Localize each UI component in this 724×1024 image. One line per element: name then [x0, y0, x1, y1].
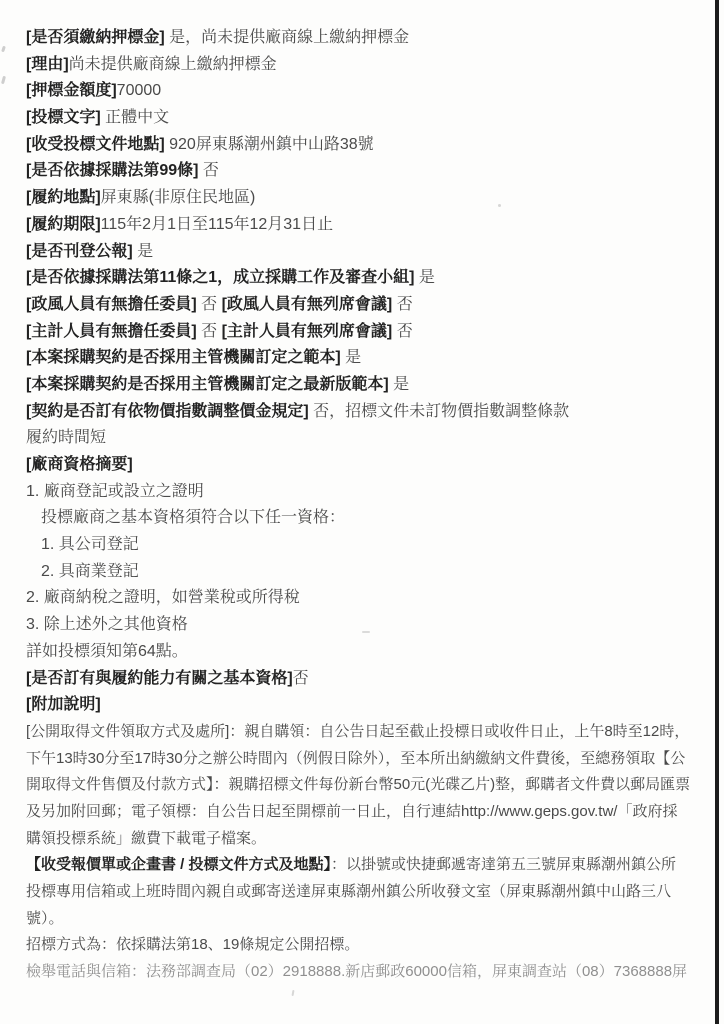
field-value: 3. 除上述外之其他資格: [26, 616, 188, 633]
scan-artifact: [362, 631, 370, 633]
field-label: [履約期限]: [26, 216, 101, 233]
field-value: [公開取得文件領取方式及處所]：親自購領：自公告日起至截止投標日或收件日止，上午…: [26, 723, 689, 740]
field-value: 否: [198, 162, 218, 179]
line-qual-item-1: 1. 廠商登記或設立之證明: [26, 479, 710, 506]
field-label: [押標金額度]: [26, 82, 117, 99]
field-value: 購領投標系統」繳費下載電子檔案。: [26, 830, 266, 847]
field-label: [是否依據採購法第11條之1，成立採購工作及審查小組]: [26, 269, 414, 286]
line-submission-2: 投標專用信箱或上班時間內親自或郵寄送達屏東縣潮州鎮公所收發文室（屏東縣潮州鎮中山…: [26, 879, 710, 906]
field-value: 開取得文件售價及付款方式】：親購招標文件每份新台幣50元(光碟乙片)整，郵購者文…: [26, 776, 690, 793]
line-capability-qualification: [是否訂有與履約能力有關之基本資格]否: [26, 666, 710, 693]
line-doc-pickup-5: 購領投標系統」繳費下載電子檔案。: [26, 826, 710, 853]
line-doc-pickup-4: 及另加附回郵；電子領標：自公告日起至開標前一日止，自行連結http://www.…: [26, 799, 710, 826]
field-label: [政風人員有無列席會議]: [222, 296, 393, 313]
line-accounting-officer: [主計人員有無擔任委員] 否 [主計人員有無列席會議] 否: [26, 319, 710, 346]
line-qual-basic-note: 投標廠商之基本資格須符合以下任一資格：: [26, 505, 710, 532]
scan-artifact: [291, 990, 294, 996]
field-label: [投標文字]: [26, 109, 101, 126]
line-doc-pickup-2: 下午13時30分至17時30分之辦公時間內（例假日除外），至本所出納繳納文件費後…: [26, 746, 710, 773]
field-value: 招標方式為：依採購法第18、19條規定公開招標。: [26, 936, 359, 953]
field-label: 【收受報價單或企畫書 / 投標文件方式及地點】: [26, 856, 331, 873]
field-value: 下午13時30分至17時30分之辦公時間內（例假日除外），至本所出納繳納文件費後…: [26, 750, 685, 767]
line-gazette: [是否刊登公報] 是: [26, 239, 710, 266]
line-additional-notes-header: [附加說明]: [26, 692, 710, 719]
scan-artifact: [498, 204, 501, 207]
field-value: 是: [414, 269, 434, 286]
line-qual-item-3: 3. 除上述外之其他資格: [26, 612, 710, 639]
line-report-hotline: 檢舉電話與信箱：法務部調查局（02）2918888.新店郵政60000信箱，屏東…: [26, 959, 710, 986]
line-tender-method: 招標方式為：依採購法第18、19條規定公開招標。: [26, 932, 710, 959]
field-label: [本案採購契約是否採用主管機關訂定之範本]: [26, 349, 341, 366]
field-value: 否: [392, 296, 412, 313]
field-value: 正體中文: [101, 109, 169, 126]
field-value: 及另加附回郵；電子領標：自公告日起至開標前一日止，自行連結http://www.…: [26, 803, 677, 820]
line-bid-address: [收受投標文件地點] 920屏東縣潮州鎮中山路38號: [26, 132, 710, 159]
field-label: [收受投標文件地點]: [26, 136, 165, 153]
field-value: 投標專用信箱或上班時間內親自或郵寄送達屏東縣潮州鎮公所收發文室（屏東縣潮州鎮中山…: [26, 883, 671, 900]
field-label: [履約地點]: [26, 189, 101, 206]
line-price-index-adjustment: [契約是否訂有依物價指數調整價金規定] 否，招標文件未訂物價指數調整條款: [26, 399, 710, 426]
document-body: [是否須繳納押標金] 是，尚未提供廠商線上繳納押標金 [理由]尚未提供廠商線上繳…: [26, 25, 710, 986]
field-value: 1. 廠商登記或設立之證明: [26, 483, 204, 500]
field-value: 否: [392, 323, 412, 340]
field-value: 2. 廠商納稅之證明，如營業稅或所得稅: [26, 589, 300, 606]
line-contract-template: [本案採購契約是否採用主管機關訂定之範本] 是: [26, 345, 710, 372]
scanner-edge-line: [715, 0, 719, 1024]
field-value: 是: [341, 349, 361, 366]
field-value: 詳如投標須知第64點。: [26, 643, 188, 660]
field-label: [政風人員有無擔任委員]: [26, 296, 197, 313]
field-value: 投標廠商之基本資格須符合以下任一資格：: [41, 509, 345, 526]
field-label: [附加說明]: [26, 696, 101, 713]
field-label: [是否須繳納押標金]: [26, 29, 165, 46]
field-value: ：以掛號或快捷郵遞寄達第五三號屏東縣潮州鎮公所: [331, 856, 676, 873]
line-contract-template-latest: [本案採購契約是否採用主管機關訂定之最新版範本] 是: [26, 372, 710, 399]
field-value: 尚未提供廠商線上繳納押標金: [69, 56, 277, 73]
field-label: [是否訂有與履約能力有關之基本資格]: [26, 670, 293, 687]
field-value: 屏東縣(非原住民地區): [101, 189, 256, 206]
scanned-document-page: [是否須繳納押標金] 是，尚未提供廠商線上繳納押標金 [理由]尚未提供廠商線上繳…: [0, 0, 724, 1024]
field-label: [是否刊登公報]: [26, 243, 133, 260]
line-qual-item-2: 2. 廠商納稅之證明，如營業稅或所得稅: [26, 585, 710, 612]
field-value: 否: [293, 670, 309, 687]
field-value: 否: [197, 296, 222, 313]
line-vendor-qualification-header: [廠商資格摘要]: [26, 452, 710, 479]
line-short-duration-note: 履約時間短: [26, 425, 710, 452]
field-value: 920屏東縣潮州鎮中山路38號: [165, 136, 374, 153]
line-article-99: [是否依據採購法第99條] 否: [26, 158, 710, 185]
field-value: 115年2月1日至115年12月31日止: [101, 216, 333, 233]
field-value: 是，尚未提供廠商線上繳納押標金: [165, 29, 409, 46]
field-label: [本案採購契約是否採用主管機關訂定之最新版範本]: [26, 376, 389, 393]
field-value: 2. 具商業登記: [41, 563, 139, 580]
field-label: [是否依據採購法第99條]: [26, 162, 198, 179]
line-submission-1: 【收受報價單或企畫書 / 投標文件方式及地點】：以掛號或快捷郵遞寄達第五三號屏東…: [26, 852, 710, 879]
line-qual-sub-2: 2. 具商業登記: [26, 559, 710, 586]
field-value: 1. 具公司登記: [41, 536, 139, 553]
line-reason: [理由]尚未提供廠商線上繳納押標金: [26, 52, 710, 79]
field-label: [主計人員有無擔任委員]: [26, 323, 197, 340]
line-article-11-1: [是否依據採購法第11條之1，成立採購工作及審查小組] 是: [26, 265, 710, 292]
line-see-point-64: 詳如投標須知第64點。: [26, 639, 710, 666]
line-doc-pickup-3: 開取得文件售價及付款方式】：親購招標文件每份新台幣50元(光碟乙片)整，郵購者文…: [26, 772, 710, 799]
line-qual-sub-1: 1. 具公司登記: [26, 532, 710, 559]
scan-artifact: [1, 46, 6, 53]
field-label: [理由]: [26, 56, 69, 73]
line-ethics-officer: [政風人員有無擔任委員] 否 [政風人員有無列席會議] 否: [26, 292, 710, 319]
scan-artifact: [1, 76, 6, 85]
field-label: [廠商資格摘要]: [26, 456, 133, 473]
field-value: 否，招標文件未訂物價指數調整條款: [309, 403, 569, 420]
line-performance-period: [履約期限]115年2月1日至115年12月31日止: [26, 212, 710, 239]
field-value: 是: [133, 243, 153, 260]
line-submission-3: 號）。: [26, 906, 710, 933]
line-performance-location: [履約地點]屏東縣(非原住民地區): [26, 185, 710, 212]
field-value: 檢舉電話與信箱：法務部調查局（02）2918888.新店郵政60000信箱，屏東…: [26, 963, 687, 980]
field-label: [契約是否訂有依物價指數調整價金規定]: [26, 403, 309, 420]
field-label: [主計人員有無列席會議]: [222, 323, 393, 340]
field-value: 70000: [117, 82, 162, 99]
line-bond-amount: [押標金額度]70000: [26, 78, 710, 105]
field-value: 號）。: [26, 910, 64, 927]
field-value: 是: [389, 376, 409, 393]
line-bond-required: [是否須繳納押標金] 是，尚未提供廠商線上繳納押標金: [26, 25, 710, 52]
line-bid-language: [投標文字] 正體中文: [26, 105, 710, 132]
line-doc-pickup-1: [公開取得文件領取方式及處所]：親自購領：自公告日起至截止投標日或收件日止，上午…: [26, 719, 710, 746]
field-value: 履約時間短: [26, 429, 106, 446]
field-value: 否: [197, 323, 222, 340]
